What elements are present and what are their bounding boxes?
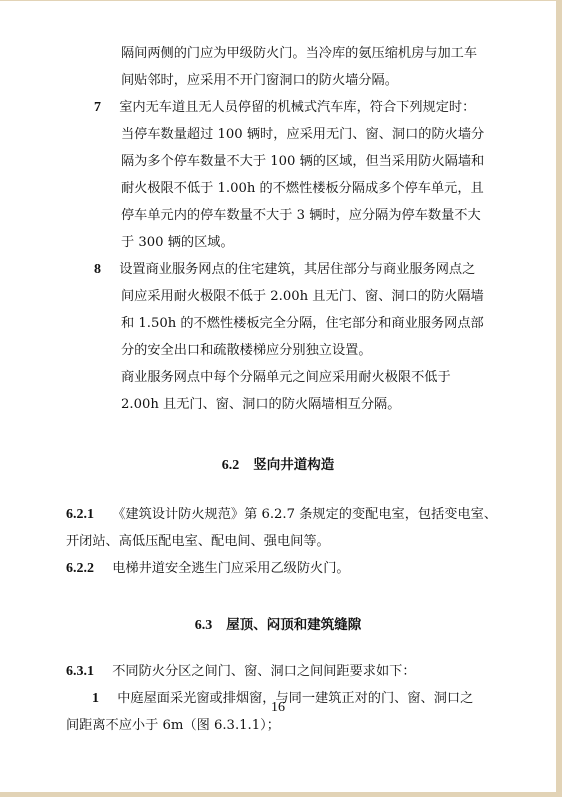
- section-heading-6-3: 6.3屋顶、闷顶和建筑缝隙: [0, 613, 556, 634]
- page-number: 16: [0, 700, 556, 716]
- text-line: 设置商业服务网点的住宅建筑，其居住部分与商业服务网点之: [119, 262, 475, 277]
- text-line: 停车单元内的停车数量不大于 3 辆时，应分隔为停车数量不大: [121, 207, 481, 225]
- section-number: 6.2: [222, 458, 240, 473]
- text-line: 间应采用耐火极限不低于 2.00h 且无门、窗、洞口的防火隔墙: [121, 288, 484, 306]
- clause-number: 6.2.1: [66, 507, 94, 522]
- clause-number: 6.2.2: [66, 561, 94, 576]
- text-line: 耐火极限不低于 1.00h 的不燃性楼板分隔成多个停车单元，且: [121, 180, 484, 198]
- clause-6-2-1: 6.2.1 《建筑设计防火规范》第 6.2.7 条规定的变配电室，包括变电室、: [66, 506, 497, 524]
- text-line: 不同防火分区之间门、窗、洞口之间间距要求如下：: [112, 664, 415, 679]
- clause-6-3-1: 6.3.1 不同防火分区之间门、窗、洞口之间间距要求如下：: [66, 663, 416, 681]
- section-title: 竖向井道构造: [253, 457, 334, 473]
- text-line: 商业服务网点中每个分隔单元之间应采用耐火极限不低于: [121, 369, 451, 387]
- text-line: 2.00h 且无门、窗、洞口的防火隔墙相互分隔。: [121, 396, 400, 414]
- text-line: 当停车数量超过 100 辆时，应采用无门、窗、洞口的防火墙分: [121, 126, 484, 144]
- text-line: 和 1.50h 的不燃性楼板完全分隔，住宅部分和商业服务网点部: [121, 315, 484, 333]
- text-line: 隔为多个停车数量不大于 100 辆的区域，但当采用防火隔墙和: [121, 153, 484, 171]
- document-page: 隔间两侧的门应为甲级防火门。当冷库的氨压缩机房与加工车 间贴邻时，应采用不开门窗…: [0, 1, 556, 792]
- text-line: 开闭站、高低压配电室、配电间、强电间等。: [66, 533, 330, 551]
- text-line: 隔间两侧的门应为甲级防火门。当冷库的氨压缩机房与加工车: [121, 45, 477, 63]
- clause-number: 6.3.1: [66, 664, 94, 679]
- item-number: 7: [94, 100, 101, 115]
- section-title: 屋顶、闷顶和建筑缝隙: [226, 617, 361, 633]
- list-item-8: 8 设置商业服务网点的住宅建筑，其居住部分与商业服务网点之: [94, 261, 475, 279]
- list-item-7: 7 室内无车道且无人员停留的机械式汽车库，符合下列规定时：: [94, 99, 475, 117]
- text-line: 室内无车道且无人员停留的机械式汽车库，符合下列规定时：: [119, 100, 475, 115]
- text-line: 于 300 辆的区域。: [121, 234, 234, 252]
- text-line: 间贴邻时，应采用不开门窗洞口的防火墙分隔。: [121, 72, 398, 90]
- text-line: 分的安全出口和疏散楼梯应分别独立设置。: [121, 342, 372, 360]
- text-line: 间距离不应小于 6m（图 6.3.1.1）；: [66, 717, 280, 735]
- section-number: 6.3: [195, 618, 213, 633]
- text-line: 《建筑设计防火规范》第 6.2.7 条规定的变配电室，包括变电室、: [112, 507, 497, 522]
- clause-6-2-2: 6.2.2 电梯井道安全逃生门应采用乙级防火门。: [66, 560, 350, 578]
- item-number: 8: [94, 262, 101, 277]
- section-heading-6-2: 6.2竖向井道构造: [0, 453, 556, 474]
- text-line: 电梯井道安全逃生门应采用乙级防火门。: [112, 561, 349, 576]
